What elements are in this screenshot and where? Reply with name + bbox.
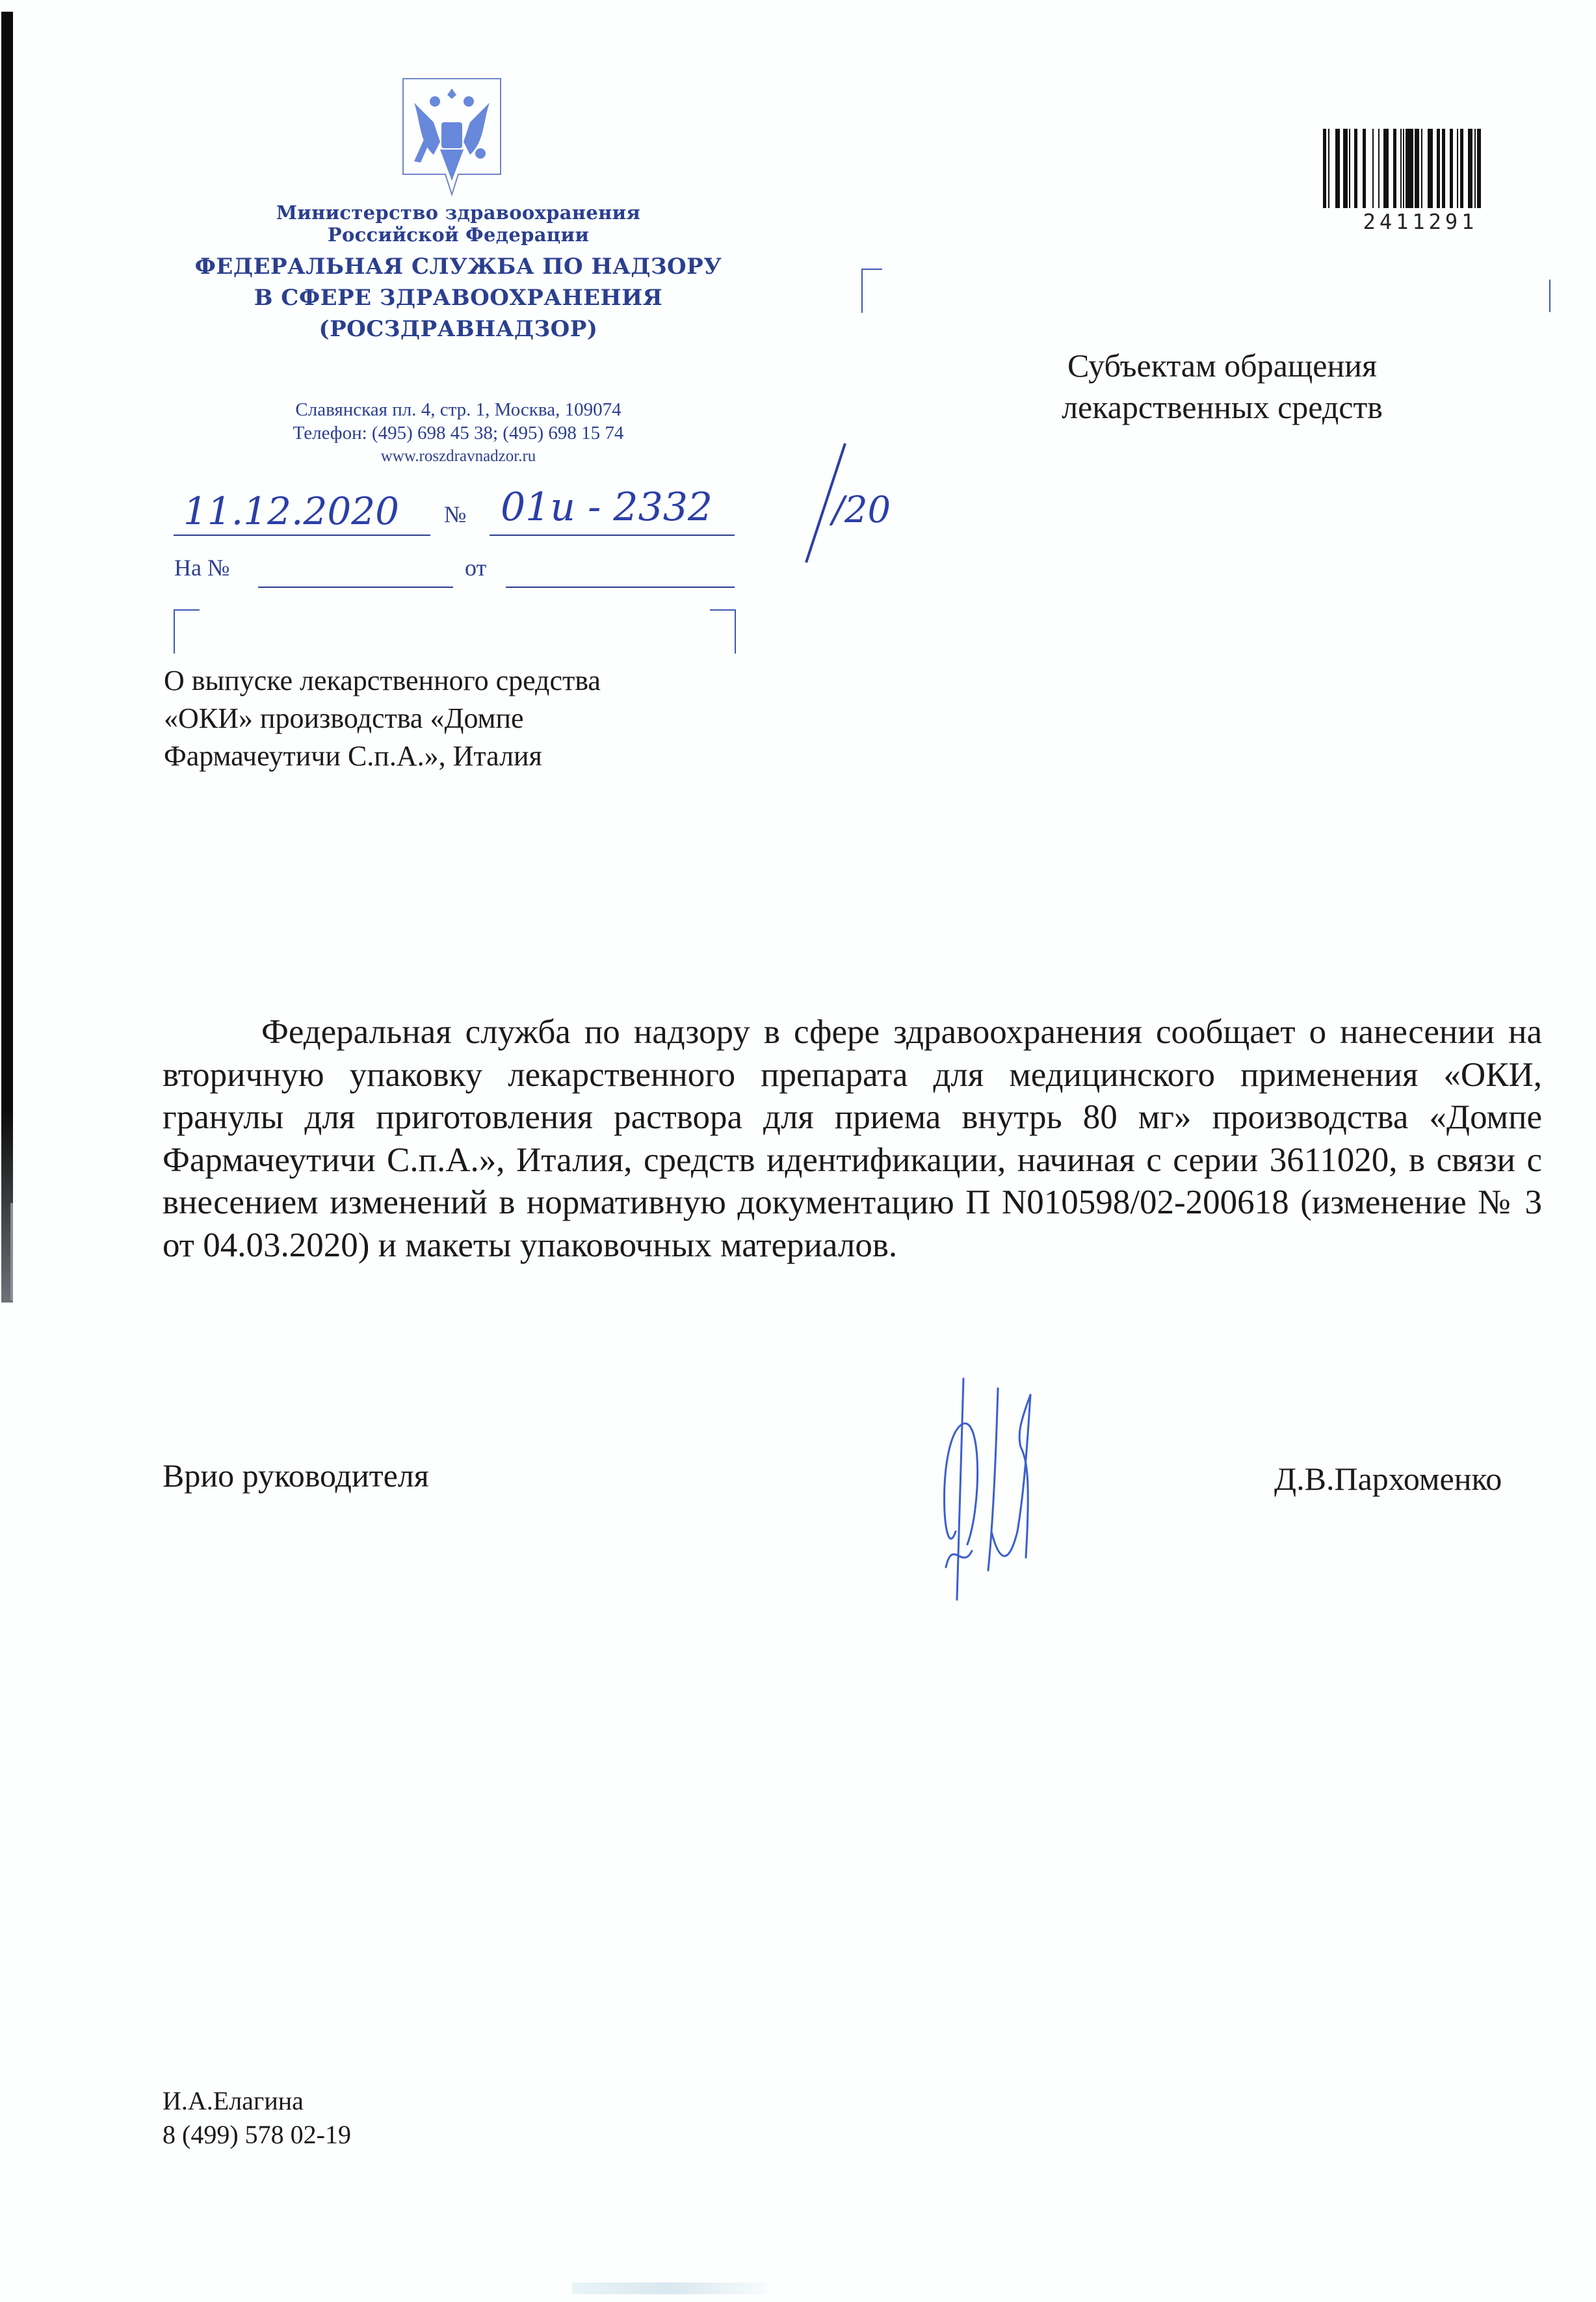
executor-block: И.А.Елагина 8 (499) 578 02-19 — [163, 2084, 351, 2152]
reply-to-field[interactable] — [258, 587, 453, 588]
barcode — [1323, 129, 1518, 208]
ministry-name-line1: Министерство здравоохранения — [166, 202, 751, 224]
letterhead-org: Министерство здравоохранения Российской … — [166, 202, 751, 345]
handwritten-signature-icon — [917, 1375, 1105, 1609]
number-underline — [490, 535, 735, 536]
recipient-block: Субъектам обращения лекарственных средст… — [962, 345, 1482, 428]
recipient-line1: Субъектам обращения — [962, 345, 1482, 386]
agency-name: ФЕДЕРАЛЬНАЯ СЛУЖБА ПО НАДЗОРУ В СФЕРЕ ЗД… — [166, 251, 751, 345]
from-label: от — [465, 554, 486, 581]
barcode-number: 2411291 — [1323, 209, 1518, 234]
scan-edge-shadow-tail — [10, 1203, 13, 1301]
registration-year-suffix: /20 — [832, 489, 891, 531]
website-link[interactable]: www.roszdravnadzor.ru — [166, 445, 751, 468]
letter-body: Федеральная служба по надзору в сфере зд… — [163, 1011, 1542, 1267]
agency-name-line1: ФЕДЕРАЛЬНАЯ СЛУЖБА ПО НАДЗОРУ — [166, 251, 751, 282]
address: Славянская пл. 4, стр. 1, Москва, 109074 — [166, 398, 751, 421]
letterhead-contacts: Славянская пл. 4, стр. 1, Москва, 109074… — [166, 398, 751, 468]
subject-bracket-left — [174, 609, 200, 654]
subject-line3: Фармачеутичи С.п.А.», Италия — [164, 737, 749, 775]
date-underline — [174, 535, 430, 536]
executor-phone: 8 (499) 578 02-19 — [163, 2118, 351, 2152]
reply-to-label: На № — [174, 554, 229, 581]
registration-date: 11.12.2020 — [183, 489, 399, 533]
executor-name: И.А.Елагина — [163, 2084, 351, 2118]
subject-block: О выпуске лекарственного средства «ОКИ» … — [164, 662, 749, 775]
agency-name-line2: В СФЕРЕ ЗДРАВООХРАНЕНИЯ — [166, 282, 751, 313]
coat-of-arms-icon — [401, 77, 503, 196]
number-label: № — [444, 501, 466, 528]
recipient-line2: лекарственных средств — [962, 386, 1482, 428]
agency-name-line3: (РОСЗДРАВНАДЗОР) — [166, 313, 751, 345]
signatory-name: Д.В.Пархоменко — [1274, 1460, 1502, 1498]
address-bracket-left — [861, 269, 882, 313]
from-date-field[interactable] — [506, 587, 735, 588]
phone: Телефон: (495) 698 45 38; (495) 698 15 7… — [166, 421, 751, 445]
signatory-title: Врио руководителя — [163, 1457, 429, 1494]
ministry-name-line2: Российской Федерации — [166, 224, 751, 246]
subject-bracket-right — [710, 609, 736, 654]
subject-line2: «ОКИ» производства «Домпе — [164, 700, 749, 737]
subject-line1: О выпуске лекарственного средства — [164, 662, 749, 700]
scan-artifact — [572, 2282, 767, 2294]
scan-edge-shadow — [1, 12, 13, 1303]
address-bracket-right — [1549, 280, 1550, 312]
registration-number: 01и - 2332 — [501, 484, 713, 530]
